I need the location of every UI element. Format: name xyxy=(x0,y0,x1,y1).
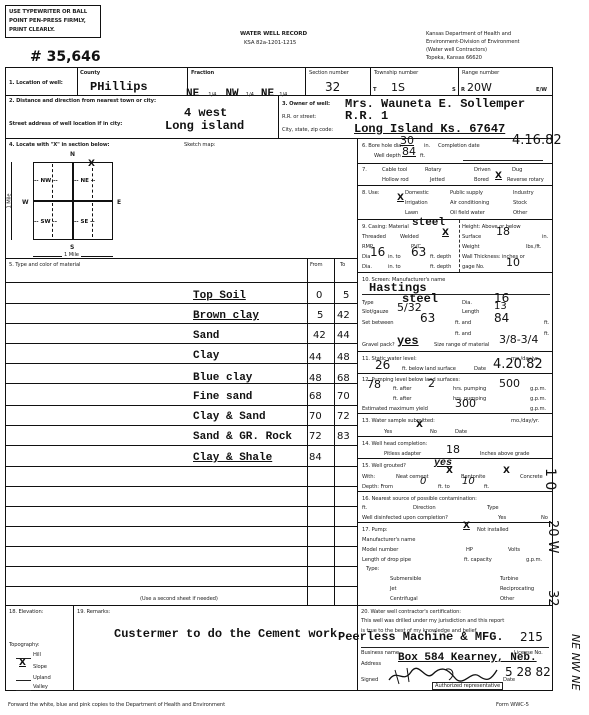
rule xyxy=(5,586,357,587)
fraction-value: NE 1/4 NW 1/4 NE 1/4 xyxy=(186,81,287,100)
ne-label: NE xyxy=(80,178,88,184)
well-mark-x: X xyxy=(88,159,95,169)
use-other[interactable]: Other xyxy=(513,210,527,216)
from-value: 70 xyxy=(309,411,322,422)
township-value: 1S xyxy=(391,81,405,94)
casing-weight-label: Weight xyxy=(462,244,479,250)
rule xyxy=(5,323,357,324)
rule xyxy=(5,425,357,426)
to-value: 44 xyxy=(337,330,350,341)
south-label: S xyxy=(70,244,74,251)
grout-concrete-mark: X xyxy=(503,466,510,476)
divider xyxy=(278,95,279,138)
divider xyxy=(77,67,78,95)
pump-model: Model number xyxy=(362,547,398,553)
casing-weight-unit: lbs./ft. xyxy=(526,244,541,250)
row2-bottom-rule xyxy=(5,138,553,139)
fraction-label: Fraction xyxy=(191,70,214,76)
quarter-unit: 1/4 xyxy=(208,92,216,98)
distance-line-1: 4 west xyxy=(184,106,227,120)
casing-to: 63 xyxy=(411,245,426,259)
use-industry[interactable]: Industry xyxy=(513,190,534,196)
log-from-header: From xyxy=(310,262,322,268)
material: Blue clay xyxy=(193,372,252,384)
log-footer: (Use a second sheet if needed) xyxy=(140,596,218,602)
rule xyxy=(357,436,553,437)
township-prefix: T xyxy=(373,87,376,93)
business-label: Business name xyxy=(361,650,399,656)
locate-label: 4. Locate with "X" in section below: xyxy=(9,142,110,148)
quarter-3: NE xyxy=(261,88,274,100)
cert-date: 5 28 82 xyxy=(505,665,551,679)
rule xyxy=(357,413,553,414)
county-value: PHillips xyxy=(90,80,148,94)
rule xyxy=(5,506,357,507)
blank-line xyxy=(362,294,550,295)
address-label: Address xyxy=(361,661,381,667)
rep-label: Authorized representative xyxy=(432,682,503,690)
pump-reciprocating[interactable]: Reciprocating xyxy=(500,586,534,592)
cert-label: 20. Water well contractor's certificatio… xyxy=(361,609,461,615)
blank-line xyxy=(361,647,549,648)
casing-in-to: in. to xyxy=(388,264,401,270)
rule xyxy=(357,185,553,186)
to-value: 5 xyxy=(343,290,349,301)
sketch-label: Sketch map: xyxy=(184,142,215,148)
divider xyxy=(357,605,358,691)
contamination-direction: Direction xyxy=(413,505,436,511)
to-value: 48 xyxy=(337,352,350,363)
to-value: 83 xyxy=(337,431,350,442)
casing-ft-depth: ft. depth xyxy=(430,264,451,270)
casing-dia2-label: Dia. xyxy=(362,264,372,270)
notice-line-3: PRINT CLEARLY. xyxy=(9,27,55,33)
screen-ft: ft. xyxy=(544,331,549,337)
casing-height-label: Height: Above or below xyxy=(462,224,521,230)
wellhead-above: Inches above grade xyxy=(480,451,529,457)
right-column-divider xyxy=(357,138,358,605)
section-label: Section number xyxy=(309,70,349,76)
method-jetted[interactable]: Jetted xyxy=(430,177,445,183)
grid-dash xyxy=(92,168,93,198)
topography-label: Topography: xyxy=(9,642,39,648)
use-air-conditioning[interactable]: Air conditioning xyxy=(450,200,489,206)
pumping-after: ft. after xyxy=(393,386,411,392)
material: Clay & Shale xyxy=(193,452,272,464)
city-value: Long Island Ks. 67647 xyxy=(354,122,505,136)
blank-line xyxy=(16,690,31,691)
material: Sand & GR. Rock xyxy=(193,431,292,443)
form-title: WATER WELL RECORD xyxy=(240,31,307,37)
distance-line-2: Long island xyxy=(165,119,244,133)
use-irrigation[interactable]: Irrigation xyxy=(405,200,428,206)
casing-welded[interactable]: Welded xyxy=(400,234,419,240)
divider xyxy=(458,67,459,95)
to-value: 68 xyxy=(337,373,350,384)
material: Sand xyxy=(193,330,219,342)
screen-ft-and: ft. and xyxy=(455,320,471,326)
casing-welded-mark: X xyxy=(442,228,449,238)
pump-turbine[interactable]: Turbine xyxy=(500,576,518,582)
method-cable-tool[interactable]: Cable tool xyxy=(382,167,407,173)
disinfected-yes[interactable]: Yes xyxy=(498,515,506,521)
sample-no[interactable]: No xyxy=(430,429,437,435)
est-value: 300 xyxy=(455,397,476,410)
city-label: City, state, zip code: xyxy=(282,127,333,133)
wellhead-inches: 18 xyxy=(446,443,460,456)
signed-label: Signed xyxy=(361,677,378,683)
completion-label: Completion date xyxy=(438,143,480,149)
pumping-after: ft. after xyxy=(393,396,411,402)
method-bored[interactable]: Bored xyxy=(474,177,489,183)
rule xyxy=(5,526,357,527)
bore-label: 6. Bore hole dia. xyxy=(362,143,403,149)
completion-date: 4.16.82 xyxy=(512,133,562,148)
use-lawn[interactable]: Lawn xyxy=(405,210,418,216)
from-value: 44 xyxy=(309,352,322,363)
use-stock[interactable]: Stock xyxy=(513,200,527,206)
divider xyxy=(73,605,74,691)
notice-box: USE TYPEWRITER OR BALL POINT PEN-PRESS F… xyxy=(5,5,101,38)
gravel-label: Gravel pack? xyxy=(362,342,395,348)
casing-dia: 16 xyxy=(370,245,385,259)
pump-mark: X xyxy=(463,521,470,531)
use-mark: X xyxy=(397,193,404,203)
west-label: W xyxy=(22,199,29,206)
material: Fine sand xyxy=(193,391,252,403)
business-name: Peerless Machine & MFG. xyxy=(338,630,504,644)
from-value: 5 xyxy=(317,310,323,321)
casing-threaded[interactable]: Threaded xyxy=(362,234,386,240)
address-value: Box 584 Kearney, Neb. xyxy=(398,652,537,664)
agency-line-1: Kansas Department of Health and xyxy=(426,31,511,37)
method-dug[interactable]: Dug xyxy=(512,167,522,173)
quarter-unit: 1/4 xyxy=(246,92,254,98)
agency-line-3: (Water well Contractors) xyxy=(426,47,487,53)
depth-label: Well depth xyxy=(374,153,401,159)
screen-type-label: Type xyxy=(362,300,374,306)
grout-with: With: xyxy=(362,474,375,480)
forward-note: Forward the white, blue and pink copies … xyxy=(8,702,225,708)
static-date: 4.20.82 xyxy=(493,357,543,372)
static-level: 26 xyxy=(375,358,390,372)
grid-dash xyxy=(52,203,53,237)
notice-line-2: POINT PEN-PRESS FIRMLY, xyxy=(9,18,86,24)
pump-gpm: g.p.m. xyxy=(526,557,542,563)
township-label: Township number xyxy=(374,70,418,76)
elevation-label: 18. Elevation: xyxy=(9,609,43,615)
casing-gage: 10 xyxy=(506,256,520,269)
method-driven[interactable]: Driven xyxy=(474,167,491,173)
grout-concrete[interactable]: Concrete xyxy=(520,474,543,480)
margin-note-sec: 32 xyxy=(545,590,560,607)
pumping-hours: 2 xyxy=(428,377,435,390)
mile-label-vertical: 1 Mile xyxy=(6,194,12,209)
screen-dia-label: Dia. xyxy=(462,300,472,306)
use-oil-field-water[interactable]: Oil field water xyxy=(450,210,485,216)
range-suffix: E/W xyxy=(536,87,547,93)
static-below: ft. below land surface xyxy=(402,366,456,372)
to-value: 72 xyxy=(337,411,350,422)
rule xyxy=(5,546,357,547)
pump-drop: Length of drop pipe xyxy=(362,557,411,563)
screen-set-label: Set between xyxy=(362,320,394,326)
range-value: 20W xyxy=(467,81,492,94)
margin-note-t: 1 0 xyxy=(542,468,558,490)
blank-line xyxy=(463,160,543,161)
sample-date-unit: mo./day/yr. xyxy=(511,418,539,424)
rr-label: R.R. or street: xyxy=(282,114,316,120)
grout-from: 0 xyxy=(420,476,426,487)
size-value: 3/8-3/4 xyxy=(499,333,538,346)
contamination-ft: ft. xyxy=(362,505,367,511)
screen-set-to: 84 xyxy=(494,311,509,325)
rule xyxy=(5,303,357,304)
method-rotary[interactable]: Rotary xyxy=(425,167,441,173)
pump-hp: HP xyxy=(466,547,473,553)
agency-line-4: Topeka, Kansas 66620 xyxy=(426,55,482,61)
from-value: 68 xyxy=(309,391,322,402)
se-label: SE xyxy=(80,219,88,225)
rule xyxy=(357,522,553,523)
rule xyxy=(5,445,357,446)
pump-type-label: Type: xyxy=(366,566,379,572)
contamination-label: 16. Nearest source of possible contamina… xyxy=(362,496,477,502)
north-label: N xyxy=(70,151,75,158)
method-hollow-rod[interactable]: Hollow rod xyxy=(382,177,409,183)
from-value: 84 xyxy=(309,452,322,463)
pump-centrifugal[interactable]: Centrifugal xyxy=(390,596,418,602)
casing-in-to: in. to xyxy=(388,254,401,260)
use-public-supply[interactable]: Public supply xyxy=(450,190,483,196)
pump-capacity: ft. capacity xyxy=(464,557,492,563)
sw-label: SW xyxy=(40,219,50,225)
pumping-level: 78 xyxy=(367,378,381,391)
divider xyxy=(370,67,371,95)
from-value: 48 xyxy=(309,373,322,384)
pump-manufacturer: Manufacturer's name xyxy=(362,537,415,543)
wellhead-pitless[interactable]: Pitless adapter xyxy=(384,451,421,457)
rule xyxy=(5,383,357,384)
method-reverse-rotary[interactable]: Reverse rotary xyxy=(507,177,544,183)
grout-ft-to: ft. to xyxy=(438,484,450,490)
sample-mark: X xyxy=(416,420,423,430)
rule xyxy=(357,163,553,164)
to-value: 42 xyxy=(337,310,350,321)
est-label: Estimated maximum yield xyxy=(362,406,428,412)
use-domestic[interactable]: Domestic xyxy=(405,190,429,196)
from-value: 0 xyxy=(316,290,322,301)
rule xyxy=(5,466,357,467)
section-grid[interactable]: -- NW -- -- NE -- -- SW -- -- SE -- X xyxy=(33,162,113,240)
pump-not-installed[interactable]: Not installed xyxy=(477,527,508,533)
screen-set-from: 63 xyxy=(420,311,435,325)
casing-surface-unit: in. xyxy=(542,234,548,240)
agency-line-2: Environment-Division of Environment xyxy=(426,39,519,45)
pumping-gpm-unit: g.p.m. xyxy=(530,386,546,392)
rule xyxy=(357,219,553,220)
casing-surface-label: Surface xyxy=(462,234,481,240)
method-label: 7. xyxy=(362,167,367,173)
form-statute: KSA 82a-1201-1215 xyxy=(244,40,296,46)
notice-line-1: USE TYPEWRITER OR BALL xyxy=(9,9,87,15)
casing-label: 9. Casing: Material xyxy=(362,224,409,230)
pump-other[interactable]: Other xyxy=(500,596,514,602)
sample-yes[interactable]: Yes xyxy=(384,429,392,435)
grout-to: 10 xyxy=(462,476,475,487)
topo-mark: X xyxy=(19,658,26,668)
gravel-value: yes xyxy=(397,334,419,348)
topo-hill[interactable]: Hill xyxy=(33,652,41,658)
remarks-text: Custermer to do the Cement work xyxy=(114,627,337,641)
casing-material: steel xyxy=(412,217,445,229)
screen-ft-and: ft. and xyxy=(455,331,471,337)
distance-label: 2. Distance and direction from nearest t… xyxy=(9,98,156,104)
from-value: 42 xyxy=(313,330,326,341)
rule xyxy=(5,405,357,406)
margin-note-q: NE NW NE xyxy=(569,634,582,690)
contamination-type: Type xyxy=(487,505,499,511)
log-to-header: To xyxy=(340,262,345,268)
grout-depth-label: Depth: From xyxy=(362,484,393,490)
rule xyxy=(357,458,553,459)
rule xyxy=(357,351,553,352)
screen-length-label: Length xyxy=(462,309,479,315)
grout-neat-mark: X xyxy=(446,466,453,476)
casing-gage-label: gage No. xyxy=(462,264,484,270)
township-suffix: S xyxy=(452,87,456,93)
material: Clay & Sand xyxy=(193,411,266,423)
rule xyxy=(5,605,553,606)
to-column-divider xyxy=(334,258,335,605)
license-number: 215 xyxy=(520,630,543,644)
blank-line xyxy=(16,680,31,681)
owner-label: 3. Owner of well: xyxy=(282,101,330,107)
pump-submersible[interactable]: Submersible xyxy=(390,576,421,582)
rule xyxy=(5,343,357,344)
wellhead-label: 14. Well head completion: xyxy=(362,441,427,447)
well-depth: 84 xyxy=(402,145,416,158)
bore-in: in. xyxy=(424,143,430,149)
pump-volts: Volts xyxy=(508,547,520,553)
pumping-gpm: 500 xyxy=(499,377,520,390)
topo-upland[interactable]: Upland xyxy=(33,675,51,681)
topo-valley[interactable]: Valley xyxy=(33,684,48,690)
pumping-gpm-unit: g.p.m. xyxy=(530,396,546,402)
grout-label: 15. Well grouted? xyxy=(362,463,406,469)
range-label: Range number xyxy=(462,70,499,76)
range-prefix: R xyxy=(461,87,465,93)
east-label: E xyxy=(117,199,121,206)
rule xyxy=(5,566,357,567)
remarks-label: 19. Remarks: xyxy=(77,609,110,615)
depth-unit: ft. xyxy=(420,153,425,159)
material: Brown clay xyxy=(193,310,259,322)
from-value: 72 xyxy=(309,431,322,442)
rr-value: R.R. 1 xyxy=(345,109,388,123)
topo-slope[interactable]: Slope xyxy=(33,664,47,670)
section-value: 32 xyxy=(325,80,340,94)
screen-slot: 5/32 xyxy=(397,301,422,314)
screen-ft: ft. xyxy=(544,320,549,326)
street-label: Street address of well location if in ci… xyxy=(9,121,122,127)
method-mark: X xyxy=(495,171,502,181)
log-label: 5. Type and color of material xyxy=(9,262,80,268)
rule xyxy=(5,258,357,259)
to-value: 70 xyxy=(337,391,350,402)
casing-ft-depth: ft. depth xyxy=(430,254,451,260)
rule xyxy=(5,363,357,364)
rule xyxy=(357,491,553,492)
county-label: County xyxy=(80,70,100,76)
margin-note-r: 20 W xyxy=(545,520,560,554)
sample-label: 13. Water sample submitted: xyxy=(362,418,435,424)
casing-inner-divider xyxy=(459,220,460,272)
quarter-1: NE xyxy=(186,88,199,100)
screen-slot-label: Slot/gauze xyxy=(362,309,388,315)
rule xyxy=(357,373,553,374)
record-number: # 35,646 xyxy=(30,49,101,65)
nw-label: NW xyxy=(40,178,51,184)
grid-dash xyxy=(92,203,93,237)
pumping-hrs: hrs. pumping xyxy=(453,386,486,392)
from-column-divider xyxy=(307,258,308,605)
cert-line-1: This well was drilled under my jurisdict… xyxy=(361,618,504,624)
rule xyxy=(5,282,357,283)
static-date-label: Date xyxy=(474,366,486,372)
form-number: Form WWC-5 xyxy=(496,702,529,708)
use-label: 8. Use: xyxy=(362,190,379,196)
material: Top Soil xyxy=(193,290,246,302)
quarter-2: NW xyxy=(225,88,238,100)
pumping-gpm-unit: g.p.m. xyxy=(530,406,546,412)
sample-date-label: Date xyxy=(455,429,467,435)
pump-label: 17. Pump: xyxy=(362,527,387,533)
pump-jet[interactable]: Jet xyxy=(390,586,396,592)
material: Clay xyxy=(193,350,219,362)
size-label: Size range of material xyxy=(434,342,489,348)
casing-surface: 18 xyxy=(496,225,510,238)
grout-ft: ft. xyxy=(484,484,489,490)
grid-dash xyxy=(52,164,53,198)
rule xyxy=(5,486,357,487)
location-label: 1. Location of well: xyxy=(9,80,63,86)
disinfected-label: Well disinfected upon completion? xyxy=(362,515,448,521)
quarter-unit: 1/4 xyxy=(279,92,287,98)
divider xyxy=(305,67,306,95)
rule xyxy=(357,272,553,273)
